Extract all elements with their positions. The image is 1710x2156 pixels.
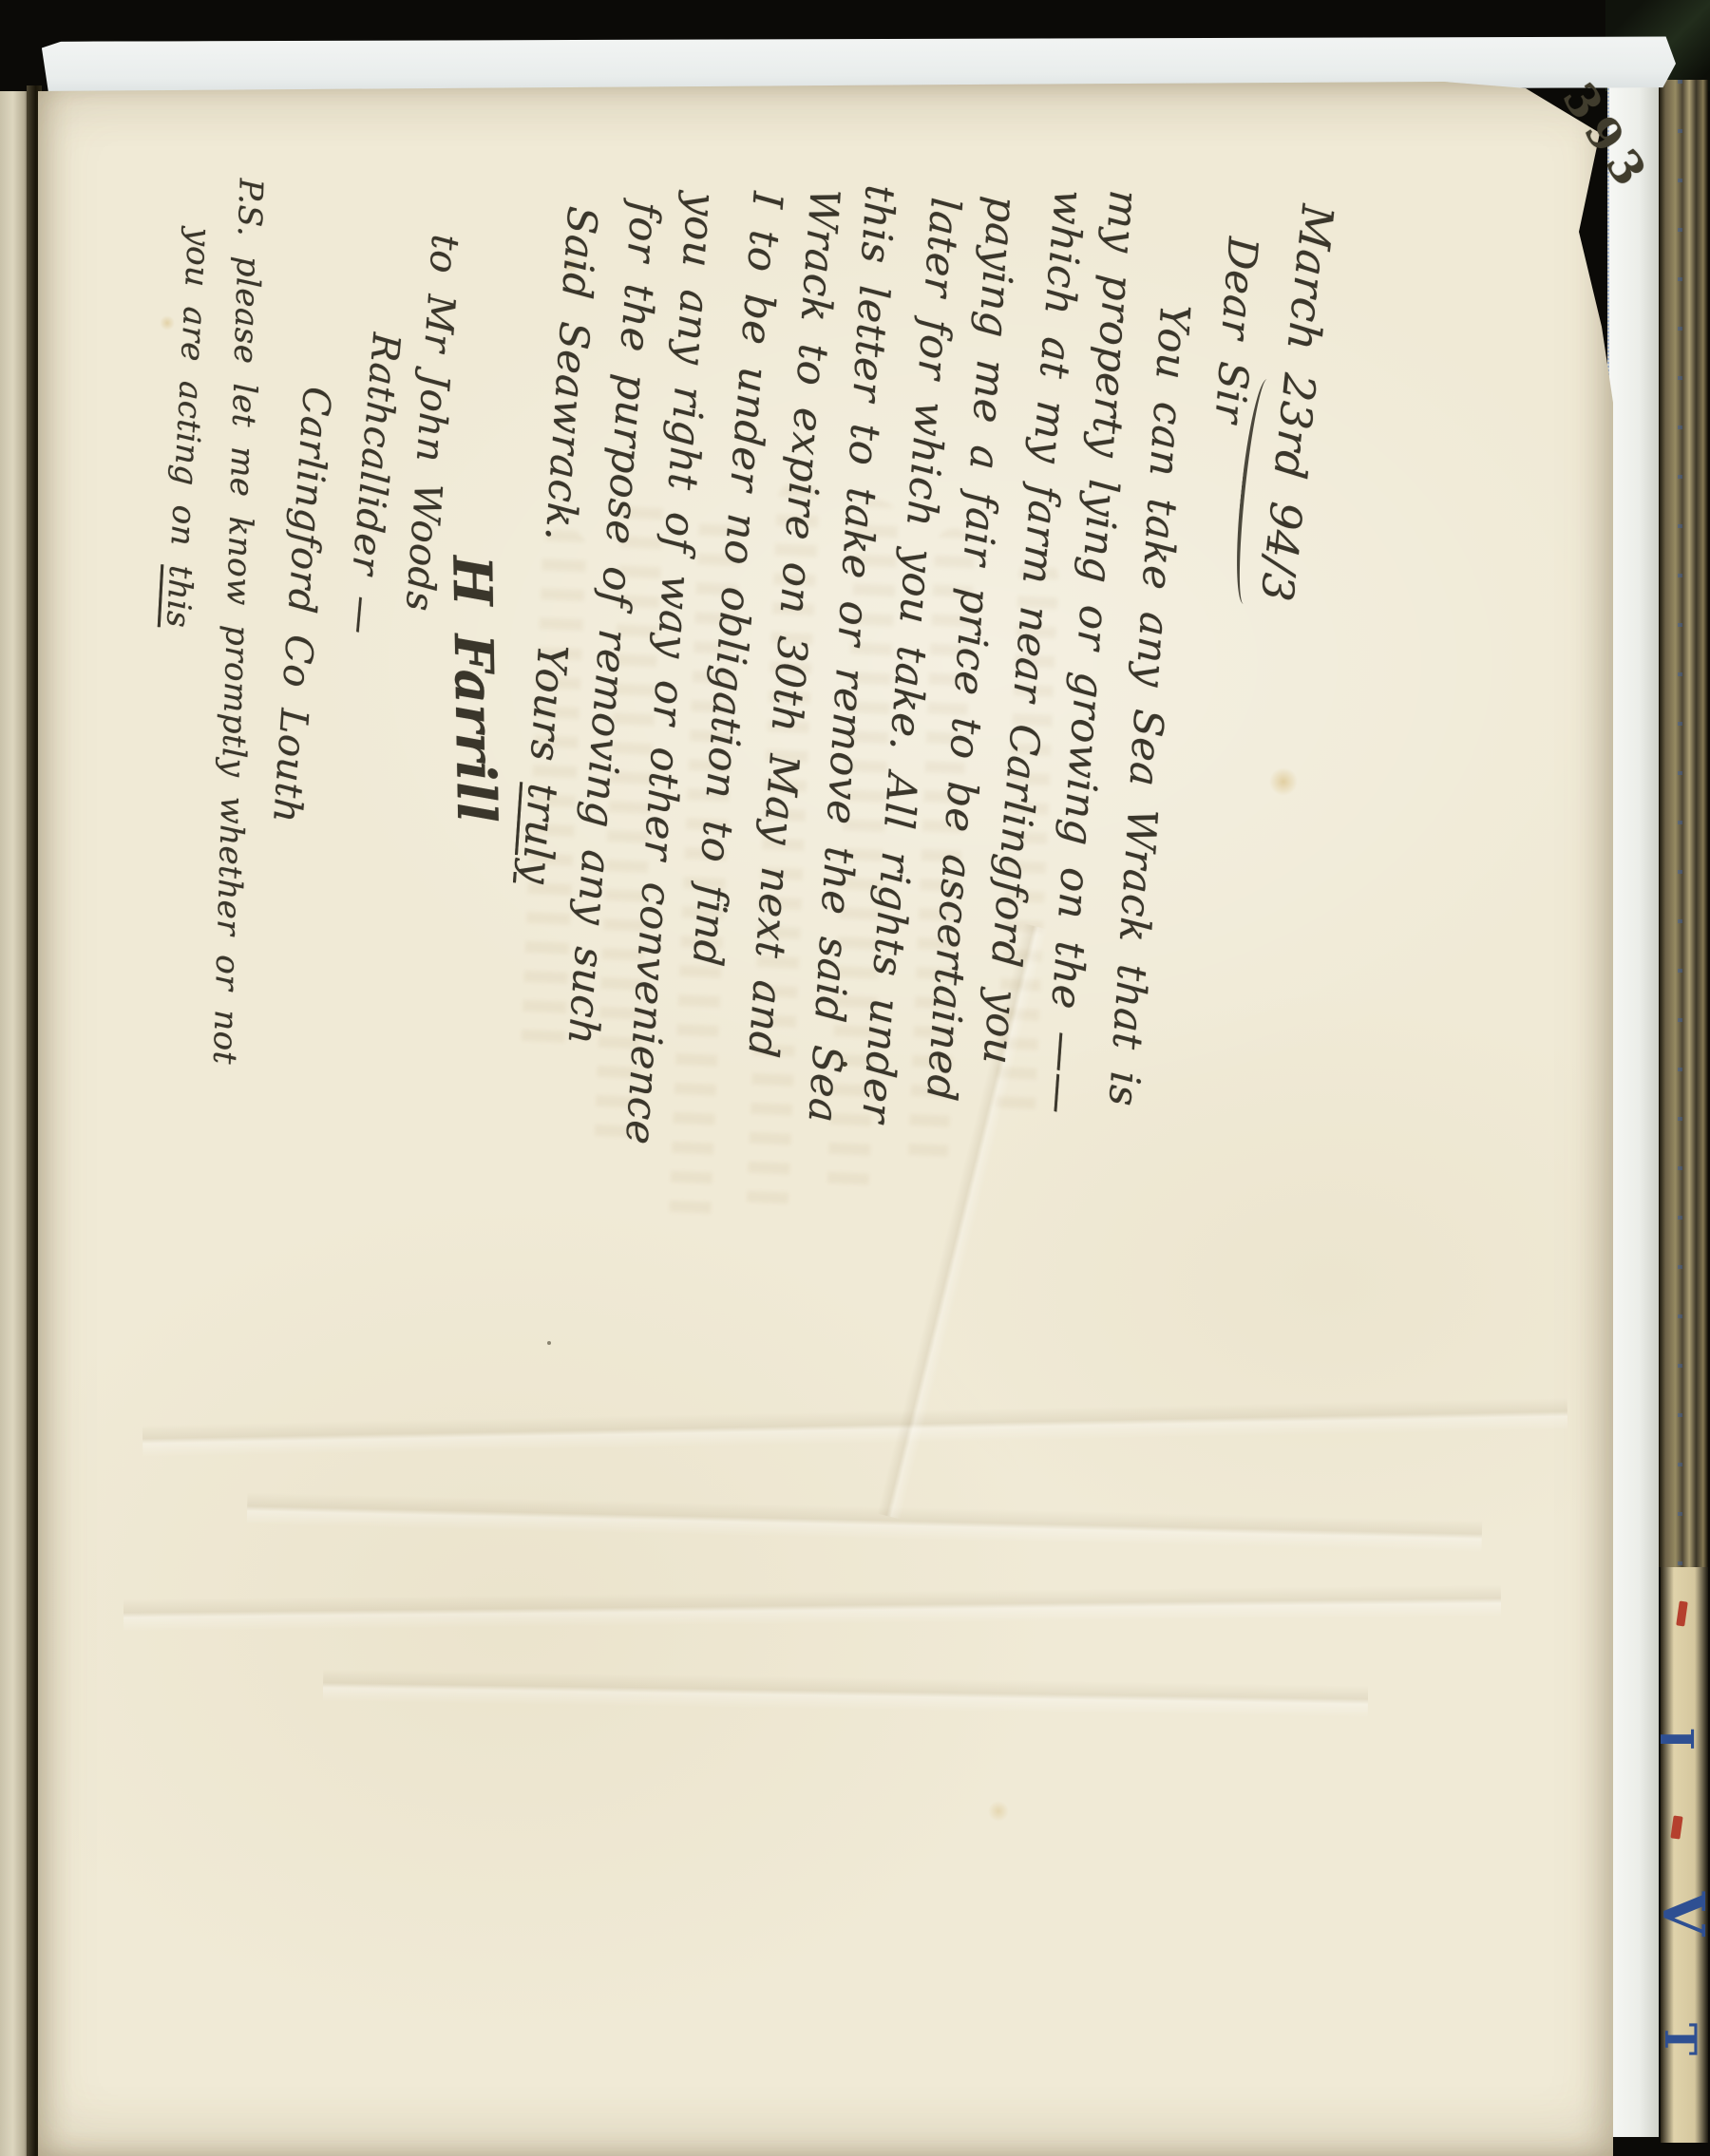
- fore-edge-blue-dashes: [1678, 80, 1682, 1567]
- fore-edge-page-stack: [1659, 80, 1708, 1567]
- edge-print-glyph: J: [1661, 1727, 1703, 1750]
- fore-edge-printed-strip: J V T: [1661, 1567, 1708, 2143]
- underlying-page-edge: [1607, 63, 1659, 2137]
- edge-print-glyph: V: [1661, 1892, 1708, 1937]
- paper-stain: [988, 1801, 1009, 1822]
- postscript-emphasis: this: [159, 564, 200, 629]
- paper-crease: [142, 1398, 1567, 1458]
- edge-red-mark: [1670, 1815, 1682, 1839]
- left-page-edge: [0, 91, 28, 2156]
- handwritten-letter: March 23rd 94/3 Dear Sir You can take an…: [127, 135, 1320, 1115]
- paper-crease: [247, 1492, 1482, 1552]
- postscript-text: you are acting on: [162, 227, 218, 548]
- paper-crease: [323, 1669, 1368, 1717]
- ink-speck: [547, 1341, 551, 1345]
- edge-print-glyph: T: [1661, 2023, 1706, 2055]
- paper-crease: [123, 1584, 1501, 1631]
- book-scan-page: { "page": { "number": "393" }, "letter":…: [0, 0, 1710, 2156]
- edge-red-mark: [1676, 1601, 1688, 1627]
